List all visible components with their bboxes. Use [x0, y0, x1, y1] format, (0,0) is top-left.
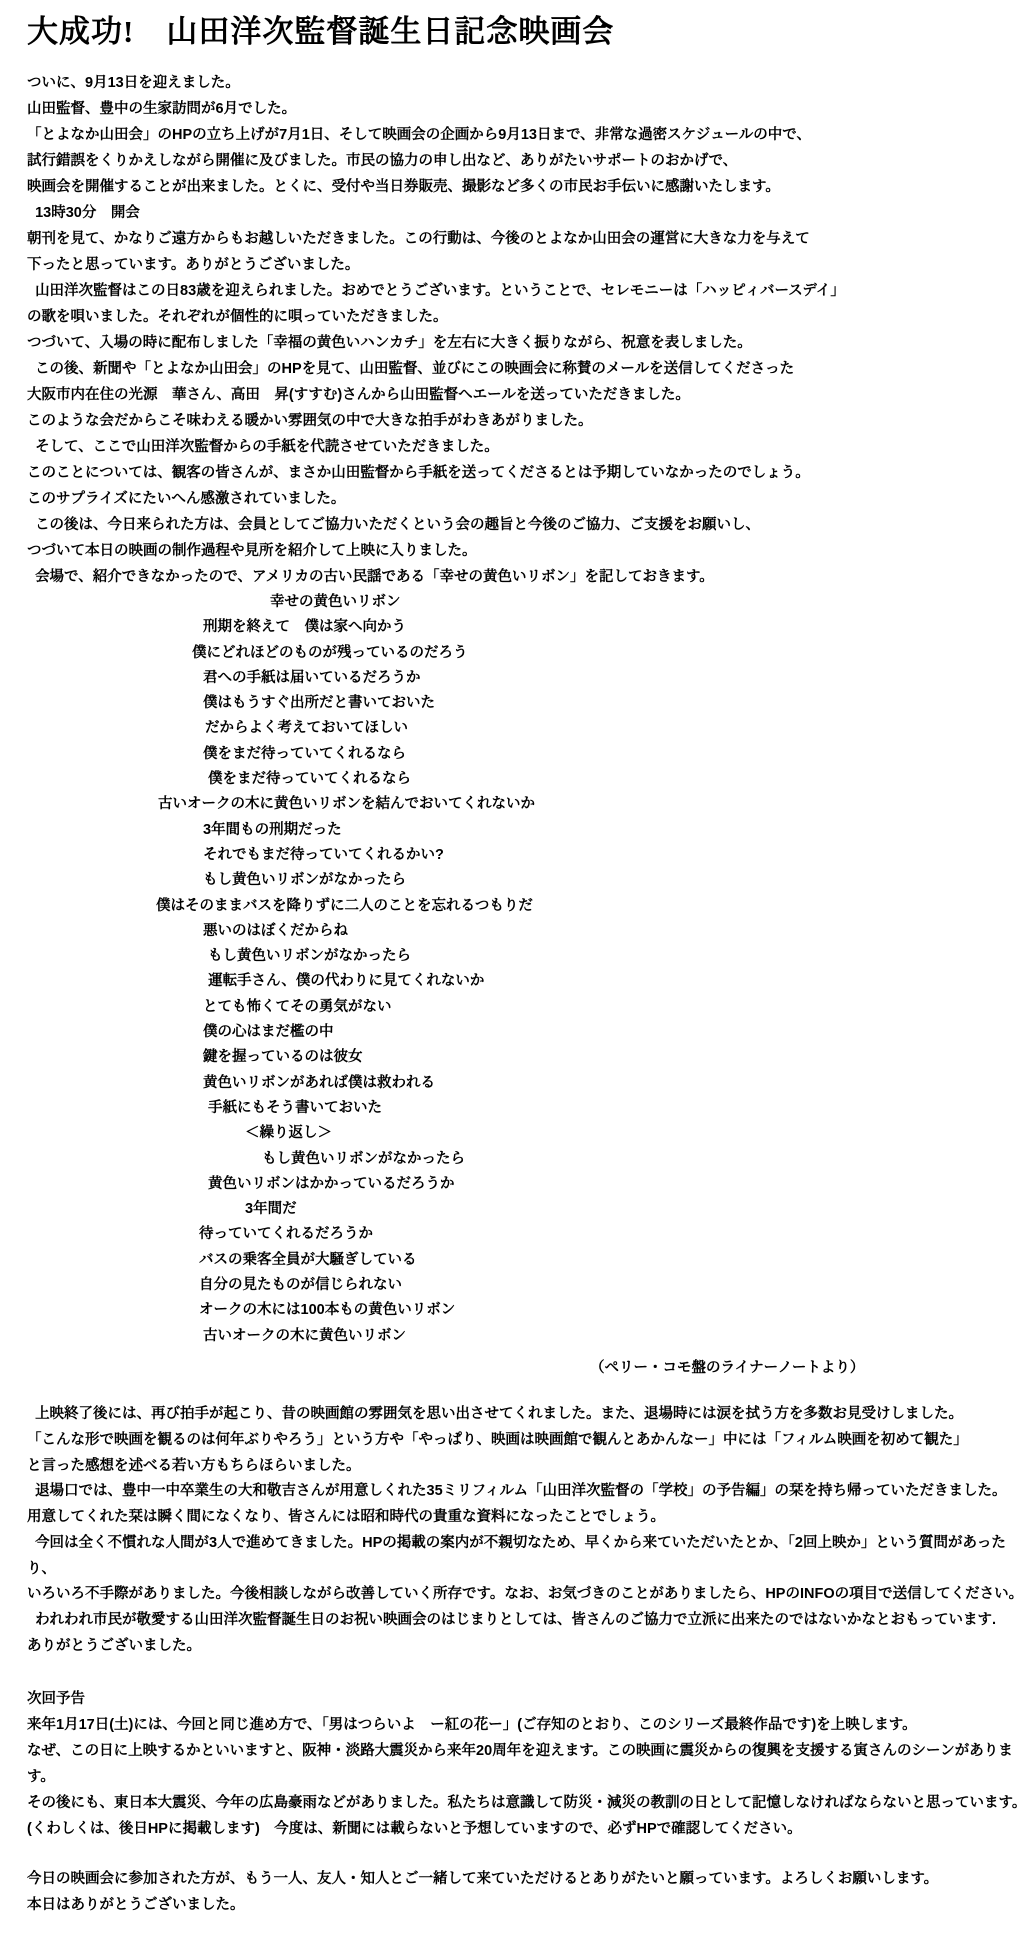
- poem-line: もし黄色いリボンがなかったら: [27, 868, 1029, 893]
- text-line: 会場で、紹介できなかったので、アメリカの古い民謡である「幸せの黄色いリボン」を記…: [27, 564, 1029, 590]
- text-line: その後にも、東日本大震災、今年の広島豪雨などがありました。私たちは意識して防災・…: [27, 1790, 1029, 1816]
- text-line: このような会だからこそ味わえる暖かい雰囲気の中で大きな拍手がわきあがりました。: [27, 408, 1029, 434]
- closing-paragraph: 上映終了後には、再び拍手が起こり、昔の映画館の雰囲気を思い出させてくれました。ま…: [27, 1402, 1029, 1660]
- poem-line: 古いオークの木に黄色いリボンを結んでおいてくれないか: [27, 792, 1029, 817]
- text-line: 今回は全く不慣れな人間が3人で進めてきました。HPの掲載の案内が不親切なため、早…: [27, 1531, 1029, 1583]
- poem-line: バスの乗客全員が大騒ぎしている: [27, 1248, 1029, 1273]
- poem-line: ＜繰り返し＞: [27, 1121, 1029, 1146]
- next-announcement: 来年1月17日(土)には、今回と同じ進め方で、「男はつらいよ ー紅の花ー」(ご存…: [27, 1712, 1029, 1842]
- poem-line: 悪いのはぼくだからね: [27, 919, 1029, 944]
- poem-line: 自分の見たものが信じられない: [27, 1273, 1029, 1298]
- text-line: 山田洋次監督はこの日83歳を迎えられました。おめでとうございます。ということで、…: [27, 278, 1029, 304]
- poem-line: 僕をまだ待っていてくれるなら: [27, 767, 1029, 792]
- text-line: ありがとうございました。: [27, 1634, 1029, 1660]
- poem-line: それでもまだ待っていてくれるかい?: [27, 843, 1029, 868]
- poem-line: 手紙にもそう書いておいた: [27, 1096, 1029, 1121]
- poem-line: 僕の心はまだ檻の中: [27, 1020, 1029, 1045]
- text-line: の歌を唄いました。それぞれが個性的に唄っていただきました。: [27, 304, 1029, 330]
- text-line: ついに、9月13日を迎えました。: [27, 70, 1029, 96]
- page-title: 大成功! 山田洋次監督誕生日記念映画会: [27, 12, 1029, 52]
- poem-line: 3年間だ: [27, 1197, 1029, 1222]
- poem-line: 待っていてくれるだろうか: [27, 1222, 1029, 1247]
- poem: 幸せの黄色いリボン 刑期を終えて 僕は家へ向かう僕にどれほどのものが残っているの…: [27, 590, 1029, 1381]
- poem-line: 古いオークの木に黄色いリボン: [27, 1324, 1029, 1349]
- poem-line: 黄色いリボンはかかっているだろうか: [27, 1172, 1029, 1197]
- text-line: 来年1月17日(土)には、今回と同じ進め方で、「男はつらいよ ー紅の花ー」(ご存…: [27, 1712, 1029, 1738]
- text-line: (くわしくは、後日HPに掲載します) 今度は、新聞には載らないと予想していますの…: [27, 1816, 1029, 1842]
- text-line: つづいて、入場の時に配布しました「幸福の黄色いハンカチ」を左右に大きく振りながら…: [27, 330, 1029, 356]
- poem-line: 運転手さん、僕の代わりに見てくれないか: [27, 969, 1029, 994]
- text-line: このことについては、観客の皆さんが、まさか山田監督から手紙を送ってくださるとは予…: [27, 460, 1029, 486]
- text-line: 上映終了後には、再び拍手が起こり、昔の映画館の雰囲気を思い出させてくれました。ま…: [27, 1402, 1029, 1428]
- poem-credit: （ペリー・コモ盤のライナーノートより）: [27, 1355, 1029, 1381]
- text-line: と言った感想を述べる若い方もちらほらいました。: [27, 1454, 1029, 1480]
- text-line: この後、新聞や「とよなか山田会」のHPを見て、山田監督、並びにこの映画会に称賛の…: [27, 356, 1029, 382]
- text-line: 「こんな形で映画を観るのは何年ぶりやろう」という方や「やっぱり、映画は映画館で観…: [27, 1428, 1029, 1454]
- poem-line: とても怖くてその勇気がない: [27, 995, 1029, 1020]
- text-line: つづいて本日の映画の制作過程や見所を紹介して上映に入りました。: [27, 538, 1029, 564]
- footer-paragraph: 今日の映画会に参加された方が、もう一人、友人・知人とご一緒して来ていただけるとあ…: [27, 1866, 1029, 1918]
- text-line: 山田監督、豊中の生家訪問が6月でした。: [27, 96, 1029, 122]
- text-line: 「とよなか山田会」のHPの立ち上げが7月1日、そして映画会の企画から9月13日ま…: [27, 122, 1029, 148]
- text-line: そして、ここで山田洋次監督からの手紙を代読させていただきました。: [27, 434, 1029, 460]
- text-line: 今日の映画会に参加された方が、もう一人、友人・知人とご一緒して来ていただけるとあ…: [27, 1866, 1029, 1892]
- poem-line: 刑期を終えて 僕は家へ向かう: [27, 615, 1029, 640]
- text-line: 退場口では、豊中一中卒業生の大和敬吉さんが用意しくれた35ミリフィルム「山田洋次…: [27, 1479, 1029, 1505]
- text-line: このサプライズにたいへん感激されていました。: [27, 486, 1029, 512]
- poem-line: だからよく考えておいてほしい: [27, 716, 1029, 741]
- text-line: われわれ市民が敬愛する山田洋次監督誕生日のお祝い映画会のはじまりとしては、皆さん…: [27, 1608, 1029, 1634]
- poem-line: 僕にどれほどのものが残っているのだろう: [27, 641, 1029, 666]
- text-line: なぜ、この日に上映するかといいますと、阪神・淡路大震災から来年20周年を迎えます…: [27, 1738, 1029, 1790]
- text-line: 本日はありがとうございました。: [27, 1892, 1029, 1918]
- poem-lines: 刑期を終えて 僕は家へ向かう僕にどれほどのものが残っているのだろう君への手紙は届…: [27, 615, 1029, 1349]
- text-line: 朝刊を見て、かなりご遠方からもお越しいただきました。この行動は、今後のとよなか山…: [27, 226, 1029, 252]
- text-line: 用意してくれた栞は瞬く間になくなり、皆さんには昭和時代の貴重な資料になったことで…: [27, 1505, 1029, 1531]
- poem-title: 幸せの黄色いリボン: [27, 590, 1029, 615]
- text-line: 大阪市内在住の光源 華さん、高田 昇(すすむ)さんから山田監督へエールを送ってい…: [27, 382, 1029, 408]
- poem-line: 僕はそのままバスを降りずに二人のことを忘れるつもりだ: [27, 894, 1029, 919]
- text-line: この後は、今日来られた方は、会員としてご協力いただくという会の趣旨と今後のご協力…: [27, 512, 1029, 538]
- text-line: 映画会を開催することが出来ました。とくに、受付や当日券販売、撮影など多くの市民お…: [27, 174, 1029, 200]
- poem-line: もし黄色いリボンがなかったら: [27, 1147, 1029, 1172]
- poem-line: 鍵を握っているのは彼女: [27, 1045, 1029, 1070]
- text-line: 試行錯誤をくりかえしながら開催に及びました。市民の協力の申し出など、ありがたいサ…: [27, 148, 1029, 174]
- intro-paragraph: ついに、9月13日を迎えました。山田監督、豊中の生家訪問が6月でした。「とよなか…: [27, 70, 1029, 590]
- document-page: 大成功! 山田洋次監督誕生日記念映画会 ついに、9月13日を迎えました。山田監督…: [0, 0, 1029, 1942]
- poem-line: オークの木には100本もの黄色いリボン: [27, 1298, 1029, 1323]
- poem-line: 黄色いリボンがあれば僕は救われる: [27, 1071, 1029, 1096]
- poem-line: 僕はもうすぐ出所だと書いておいた: [27, 691, 1029, 716]
- poem-line: もし黄色いリボンがなかったら: [27, 944, 1029, 969]
- text-line: いろいろ不手際がありました。今後相談しながら改善していく所存です。なお、お気づき…: [27, 1582, 1029, 1608]
- poem-line: 僕をまだ待っていてくれるなら: [27, 742, 1029, 767]
- text-line: 13時30分 開会: [27, 200, 1029, 226]
- text-line: 下ったと思っています。ありがとうございました。: [27, 252, 1029, 278]
- next-announcement-heading: 次回予告: [27, 1686, 1029, 1712]
- poem-line: 3年間もの刑期だった: [27, 818, 1029, 843]
- poem-line: 君への手紙は届いているだろうか: [27, 666, 1029, 691]
